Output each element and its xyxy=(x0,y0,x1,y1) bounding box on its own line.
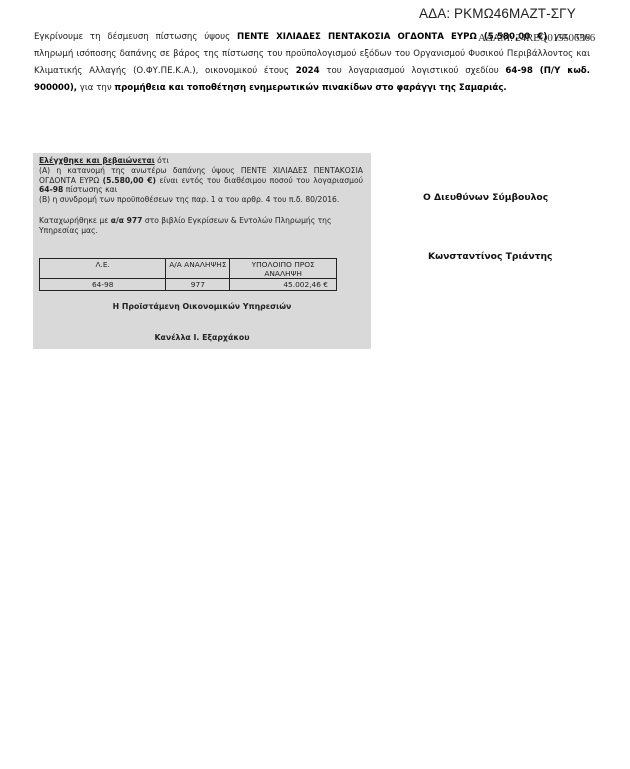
finance-head-name: Κανέλλα Ι. Εξαρχάκου xyxy=(33,333,371,342)
verification-line-a3: 64-98 πίστωσης και xyxy=(39,185,363,195)
ceo-title: Ο Διευθύνων Σύμβουλος xyxy=(423,192,548,203)
table-header-row: Λ.Ε. Α/Α ΑΝΑΛΗΨΗΣ ΥΠΟΛΟΙΠΟ ΠΡΟΣ ΑΝΑΛΗΨΗ xyxy=(40,259,337,279)
ada-code: ΑΔΑ: ΡΚΜΩ46ΜΑΖΤ-ΣΓΥ xyxy=(419,6,576,21)
approval-line-3: Κλιματικής Αλλαγής (Ο.ΦΥ.ΠΕ.Κ.Α.), οικον… xyxy=(34,63,590,80)
verification-box: Ελέγχθηκε και βεβαιώνεται ότι (Α) η κατα… xyxy=(33,153,371,349)
registration-note: Καταχωρήθηκε με α/α 977 στο βιβλίο Εγκρί… xyxy=(39,216,363,236)
column-header: ΥΠΟΛΟΙΠΟ ΠΡΟΣ ΑΝΑΛΗΨΗ xyxy=(230,259,337,279)
procurement-subject: προμήθεια και τοποθέτηση ενημερωτικών πι… xyxy=(114,83,506,93)
approval-line-2: πληρωμή ισόποσης δαπάνης σε βάρος της πί… xyxy=(34,46,590,63)
verification-title: Ελέγχθηκε και βεβαιώνεται xyxy=(39,156,155,165)
budget-table: Λ.Ε. Α/Α ΑΝΑΛΗΨΗΣ ΥΠΟΛΟΙΠΟ ΠΡΟΣ ΑΝΑΛΗΨΗ … xyxy=(39,258,337,291)
verification-line-b: (Β) η συνδρομή των προϋποθέσεων της παρ.… xyxy=(39,195,363,205)
entry-number-cell: 977 xyxy=(166,279,230,291)
fiscal-year: 2024 xyxy=(296,66,320,76)
finance-head-title: Η Προϊστάμενη Οικονομικών Υπηρεσιών xyxy=(33,302,371,311)
ceo-name: Κωνσταντίνος Τριάντης xyxy=(428,251,552,262)
adam-code: ΑΔΑΜ: 24REQ015506366 xyxy=(478,32,595,44)
verification-line-a1: (Α) η κατανομή της ανωτέρω δαπάνης ύψους… xyxy=(39,166,363,176)
table-row: 64-98 977 45.002,46 € xyxy=(40,279,337,291)
column-header: Α/Α ΑΝΑΛΗΨΗΣ xyxy=(166,259,230,279)
verification-text: Ελέγχθηκε και βεβαιώνεται ότι (Α) η κατα… xyxy=(39,156,363,205)
verification-line-a2: ΟΓΔΟΝΤΑ ΕΥΡΩ (5.580,00 €) είναι εντός το… xyxy=(39,176,363,186)
column-header: Λ.Ε. xyxy=(40,259,166,279)
account-code: 64-98 (Π/Υ κωδ. xyxy=(505,66,590,76)
account-cell: 64-98 xyxy=(40,279,166,291)
balance-cell: 45.002,46 € xyxy=(230,279,337,291)
approval-line-4: 900000), για την προμήθεια και τοποθέτησ… xyxy=(34,80,590,97)
